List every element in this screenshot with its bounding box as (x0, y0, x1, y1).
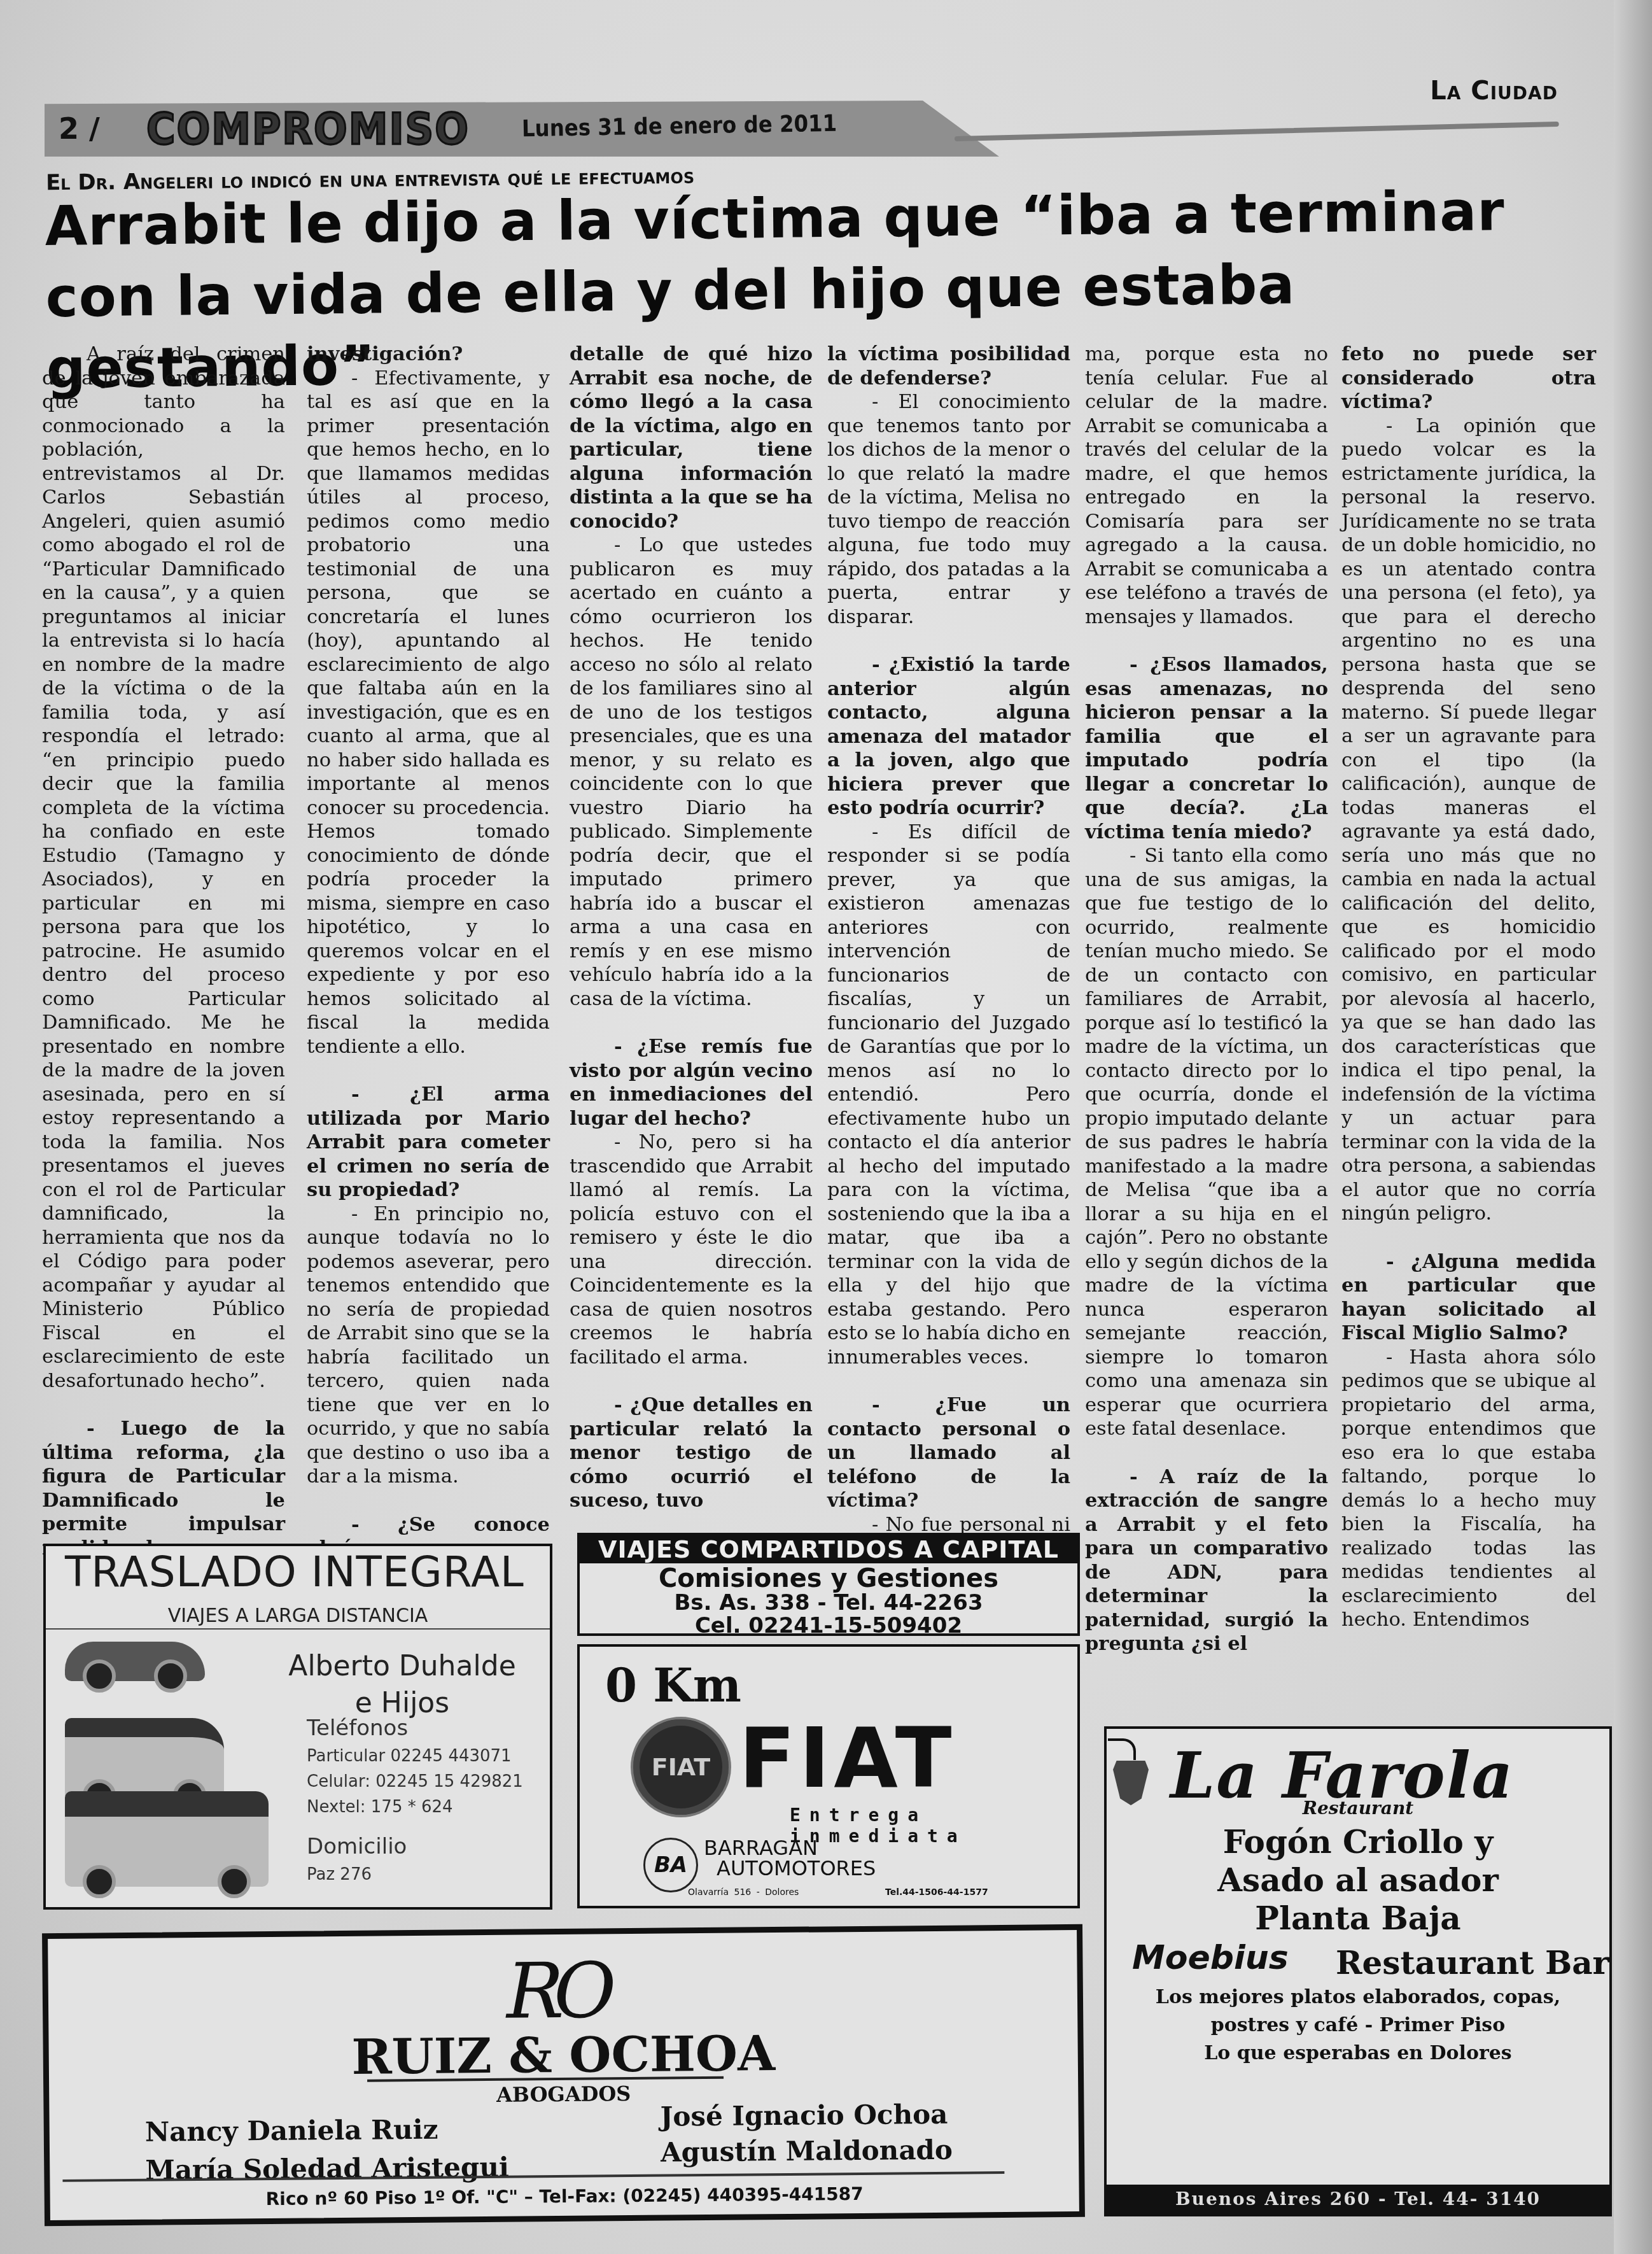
article-column-5: ma, porque esta no tenía celular. Fue al… (1085, 342, 1328, 1656)
ad-line: Planta Baja (1107, 1899, 1609, 1938)
dealer-address: Olavarría 516 - Dolores (688, 1887, 799, 1898)
dealer-name: BARRAGAN AUTOMOTORES (704, 1838, 876, 1878)
interview-answer: - No, pero si ha trascendido que Arrabit… (570, 1131, 813, 1369)
ad-line: Asado al asador (1107, 1861, 1609, 1899)
fiat-logo-icon: FIAT (631, 1717, 731, 1817)
ad-feature-lines: Fogón Criollo y Asado al asador Planta B… (1107, 1823, 1609, 1938)
interview-question: - ¿Alguna medida en particular que hayan… (1341, 1250, 1596, 1346)
interview-answer: - La opinión que puedo volcar es la estr… (1341, 414, 1596, 1226)
article-column-4: la víctima posibilidad de defenderse? - … (827, 342, 1070, 1561)
interview-question-cont: investigación? (307, 342, 550, 367)
interview-question-cont: la víctima posibilidad de defenderse? (827, 342, 1070, 390)
phones-label: Teléfonos (307, 1713, 523, 1743)
ad-headline: 0 Km (605, 1658, 741, 1712)
interview-question: - ¿El arma utilizada por Mario Arrabit p… (307, 1083, 550, 1202)
ad-line: Comisiones y Gestiones (580, 1566, 1077, 1591)
interview-answer: - Es difícil de responder si se podía pr… (827, 821, 1070, 1370)
phone-nextel: Nextel: 175 * 624 (307, 1794, 523, 1820)
interview-question-cont: detalle de qué hizo Arrabit esa noche, d… (570, 342, 813, 533)
interview-answer: - En principio no, aunque todavía no lo … (307, 1202, 550, 1489)
interview-question: - A raíz de la extracción de sangre a Ar… (1085, 1465, 1328, 1656)
interview-answer: - Hasta ahora sólo pedimos que se ubique… (1341, 1346, 1596, 1632)
article-column-6: feto no puede ser considerado otra vícti… (1341, 342, 1596, 1632)
phone-celular: Celular: 02245 15 429821 (307, 1769, 523, 1794)
interview-question-cont: feto no puede ser considerado otra vícti… (1341, 342, 1596, 414)
lawyer-name: María Soledad Aristegui (145, 2148, 509, 2190)
ad-business-name: Alberto Duhalde e Hijos (281, 1648, 523, 1722)
monogram-logo-icon: RO (506, 1947, 606, 2036)
ad-fiat-barragan: 0 Km FIAT FIAT Entrega inmediata BA BARR… (577, 1644, 1080, 1908)
interview-answer: - Efectivamente, y tal es así que en la … (307, 367, 550, 1059)
dealer-phone: Tel.44-1506-44-1577 (885, 1887, 988, 1898)
paragraph: A raíz del crimen de la joven embarazada… (42, 342, 285, 1393)
interview-answer: - Lo que ustedes publicaron es muy acert… (570, 533, 813, 1011)
lawyer-name: José Ignacio Ochoa (660, 2097, 952, 2135)
ad-ruiz-ochoa: RO RUIZ & OCHOA ABOGADOS Nancy Daniela R… (42, 1924, 1085, 2226)
interview-answer: - El conocimiento que tenemos tanto por … (827, 390, 1070, 629)
address: Paz 276 (307, 1862, 523, 1887)
lawyer-name: Agustín Maldonado (661, 2132, 953, 2171)
page-edge-shadow (1614, 0, 1652, 2254)
article-column-3: detalle de qué hizo Arrabit esa noche, d… (570, 342, 813, 1513)
bus-icon (65, 1791, 269, 1887)
address-label: Domicilio (307, 1831, 523, 1862)
ad-line: Los mejores platos elaborados, copas, (1107, 1983, 1609, 2011)
ad-subtitle: VIAJES A LARGA DISTANCIA (46, 1605, 550, 1630)
ad-viajes-compartidos: VIAJES COMPARTIDOS A CAPITAL Comisiones … (577, 1533, 1080, 1636)
lawyer-name: Nancy Daniela Ruiz (144, 2110, 508, 2152)
article-column-2: investigación? - Efectivamente, y tal es… (307, 342, 550, 1561)
restaurant-bar-label: Restaurant Bar (1336, 1944, 1609, 1982)
interview-question: - ¿Existió la tarde anterior algún conta… (827, 653, 1070, 821)
ad-line: Cel. 02241-15-509402 (580, 1614, 1077, 1637)
interview-question: - ¿Ese remís fue visto por algún vecino … (570, 1035, 813, 1131)
ad-body: Comisiones y Gestiones Bs. As. 338 - Tel… (580, 1563, 1077, 1637)
interview-question: - ¿Esos llamados, esas amenazas, no hici… (1085, 653, 1328, 844)
interview-question: - ¿Que detalles en particular relató la … (570, 1393, 813, 1513)
ad-line: Lo que esperabas en Dolores (1107, 2039, 1609, 2067)
issue-date: Lunes 31 de enero de 2011 (522, 111, 837, 143)
dealer-name-line2: AUTOMOTORES (717, 1858, 876, 1878)
ad-description: Los mejores platos elaborados, copas, po… (1107, 1983, 1609, 2067)
ad-line: Bs. As. 338 - Tel. 44-2263 (580, 1591, 1077, 1614)
ad-footer-address: Buenos Aires 260 - Tel. 44- 3140 (1107, 2185, 1609, 2214)
ad-title: TRASLADO INTEGRAL (65, 1547, 524, 1596)
ad-line: postres y café - Primer Piso (1107, 2011, 1609, 2039)
restaurant-subtitle: Restaurant (1107, 1798, 1609, 1819)
moebius-logo: Moebius (1132, 1939, 1289, 1977)
article-column-1: A raíz del crimen de la joven embarazada… (42, 342, 285, 1560)
van-icon (65, 1718, 224, 1801)
page-number: 2 / (59, 111, 100, 146)
ad-traslado-integral: TRASLADO INTEGRAL VIAJES A LARGA DISTANC… (43, 1544, 552, 1910)
interview-answer: - Si tanto ella como una de sus amigas, … (1085, 844, 1328, 1441)
brand-name: FIAT (739, 1717, 955, 1800)
section-label: La Ciudad (1430, 76, 1558, 106)
interview-question: - Luego de la última reforma, ¿la figura… (42, 1417, 285, 1560)
interview-question: - ¿Fue un contacto personal o un llamado… (827, 1393, 1070, 1513)
barragan-logo-icon: BA (643, 1838, 698, 1892)
ad-line: Fogón Criollo y (1107, 1823, 1609, 1861)
masthead: COMPROMISO (146, 103, 470, 154)
car-icon (65, 1642, 205, 1681)
ad-header: VIAJES COMPARTIDOS A CAPITAL (580, 1535, 1077, 1563)
interview-answer-cont: ma, porque esta no tenía celular. Fue al… (1085, 342, 1328, 629)
ad-la-farola: La Farola Restaurant Fogón Criollo y Asa… (1104, 1726, 1612, 2216)
ad-contact-block: Teléfonos Particular 02245 443071 Celula… (307, 1713, 523, 1887)
phone-particular: Particular 02245 443071 (307, 1743, 523, 1769)
header-rule (955, 122, 1559, 141)
lawyers-right: José Ignacio Ochoa Agustín Maldonado (660, 2097, 953, 2171)
